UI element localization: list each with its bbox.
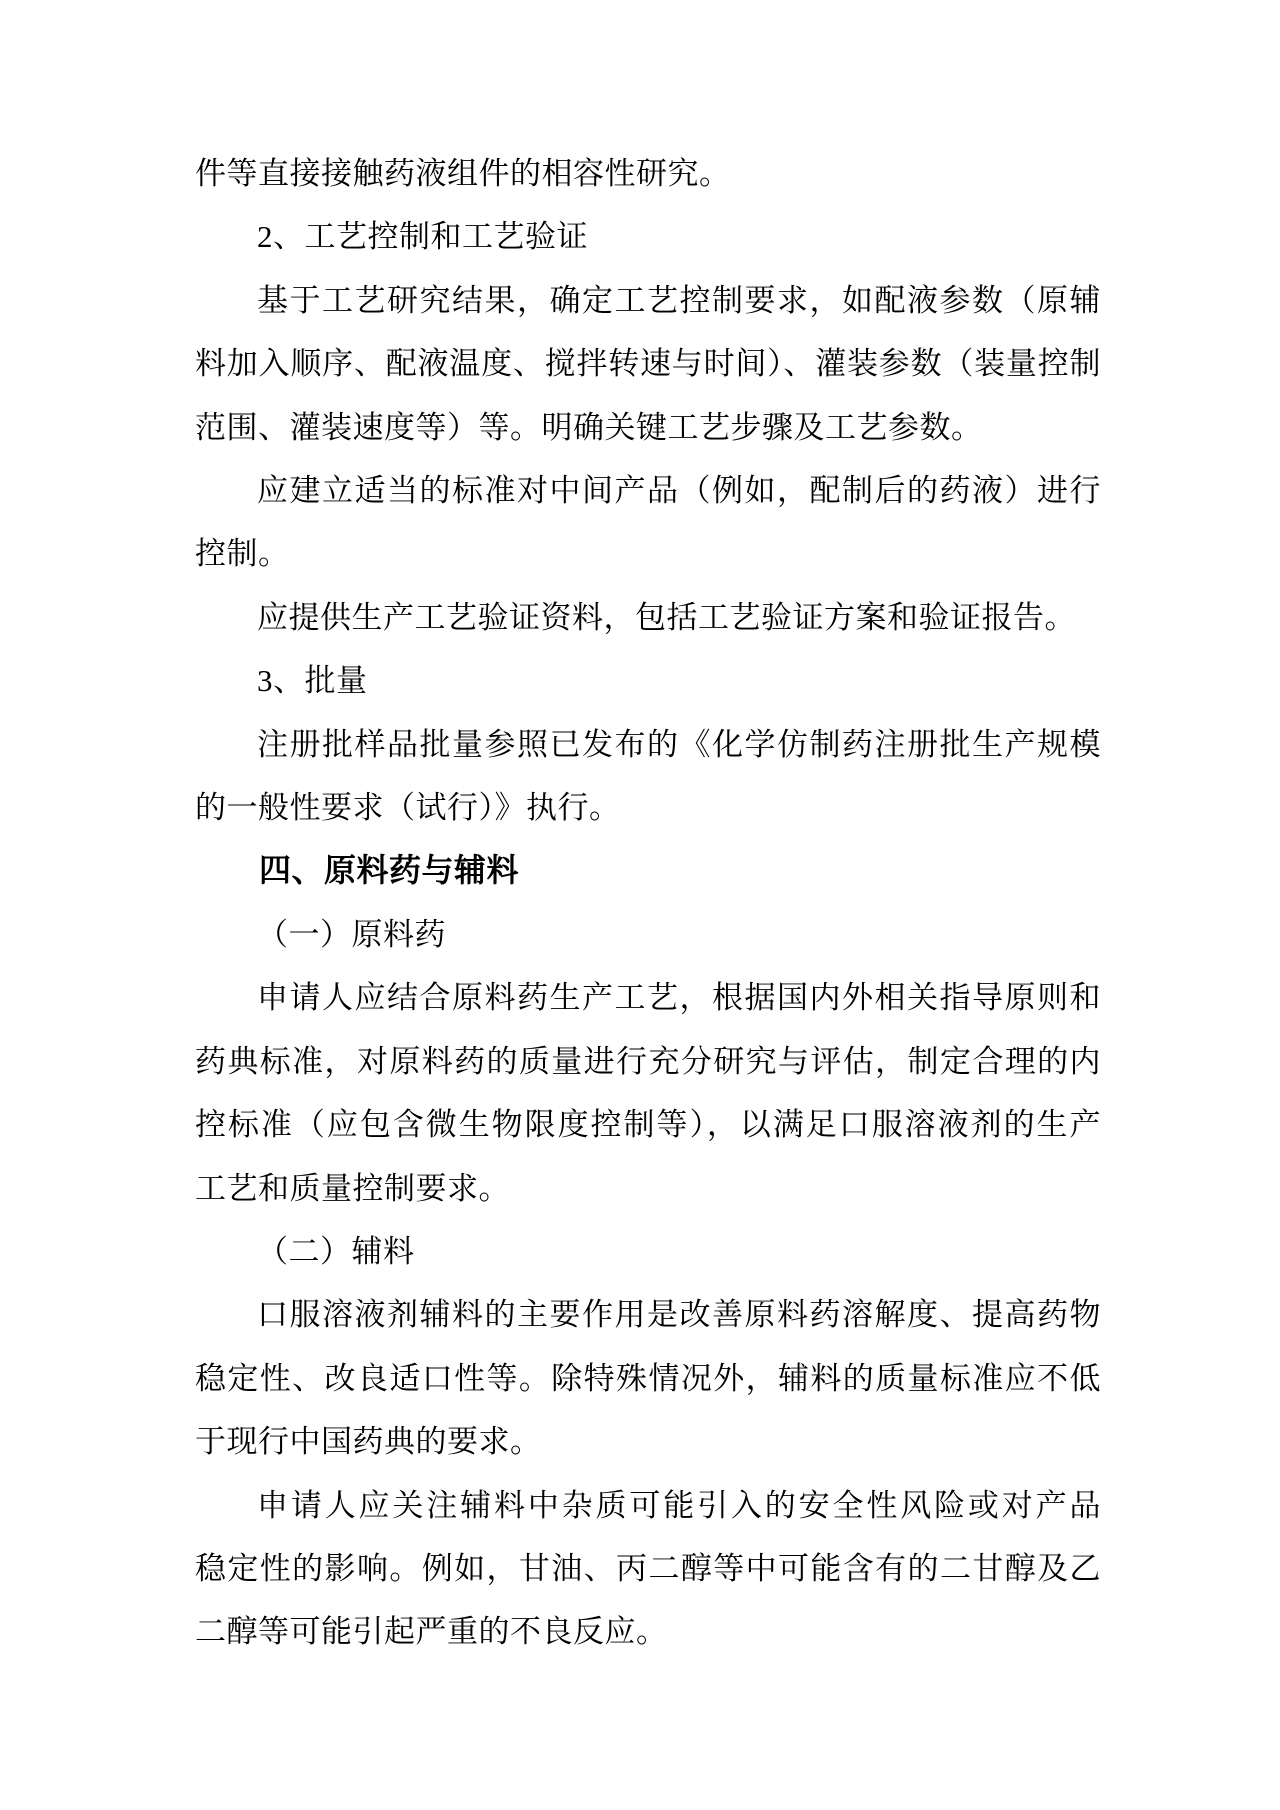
- text-line: 申请人应结合原料药生产工艺，根据国内外相关指导原则和: [195, 966, 1101, 1029]
- text-line: 申请人应关注辅料中杂质可能引入的安全性风险或对产品: [195, 1474, 1101, 1537]
- text-line: 工艺和质量控制要求。: [195, 1157, 1101, 1220]
- text-line: 药典标准，对原料药的质量进行充分研究与评估，制定合理的内: [195, 1030, 1101, 1093]
- text-line: 应建立适当的标准对中间产品（例如，配制后的药液）进行: [195, 459, 1101, 522]
- document-body: 件等直接接触药液组件的相容性研究。2、工艺控制和工艺验证基于工艺研究结果，确定工…: [195, 142, 1101, 1664]
- text-line: 稳定性、改良适口性等。除特殊情况外，辅料的质量标准应不低: [195, 1347, 1101, 1410]
- section-heading: 四、原料药与辅料: [195, 839, 1101, 902]
- text-line: 口服溶液剂辅料的主要作用是改善原料药溶解度、提高药物: [195, 1283, 1101, 1346]
- text-line: 应提供生产工艺验证资料，包括工艺验证方案和验证报告。: [195, 586, 1101, 649]
- text-line: 控制。: [195, 522, 1101, 585]
- text-line: （一）原料药: [195, 903, 1101, 966]
- text-line: （二）辅料: [195, 1220, 1101, 1283]
- text-line: 稳定性的影响。例如，甘油、丙二醇等中可能含有的二甘醇及乙: [195, 1537, 1101, 1600]
- document-page: 件等直接接触药液组件的相容性研究。2、工艺控制和工艺验证基于工艺研究结果，确定工…: [0, 0, 1280, 1810]
- text-line: 料加入顺序、配液温度、搅拌转速与时间）、灌装参数（装量控制: [195, 332, 1101, 395]
- text-line: 2、工艺控制和工艺验证: [195, 205, 1101, 268]
- text-line: 于现行中国药典的要求。: [195, 1410, 1101, 1473]
- text-line: 注册批样品批量参照已发布的《化学仿制药注册批生产规模: [195, 713, 1101, 776]
- text-line: 的一般性要求（试行）》执行。: [195, 776, 1101, 839]
- text-line: 3、批量: [195, 649, 1101, 712]
- text-line: 件等直接接触药液组件的相容性研究。: [195, 142, 1101, 205]
- text-line: 控标准（应包含微生物限度控制等），以满足口服溶液剂的生产: [195, 1093, 1101, 1156]
- text-line: 范围、灌装速度等）等。明确关键工艺步骤及工艺参数。: [195, 396, 1101, 459]
- text-line: 基于工艺研究结果，确定工艺控制要求，如配液参数（原辅: [195, 269, 1101, 332]
- text-line: 二醇等可能引起严重的不良反应。: [195, 1600, 1101, 1663]
